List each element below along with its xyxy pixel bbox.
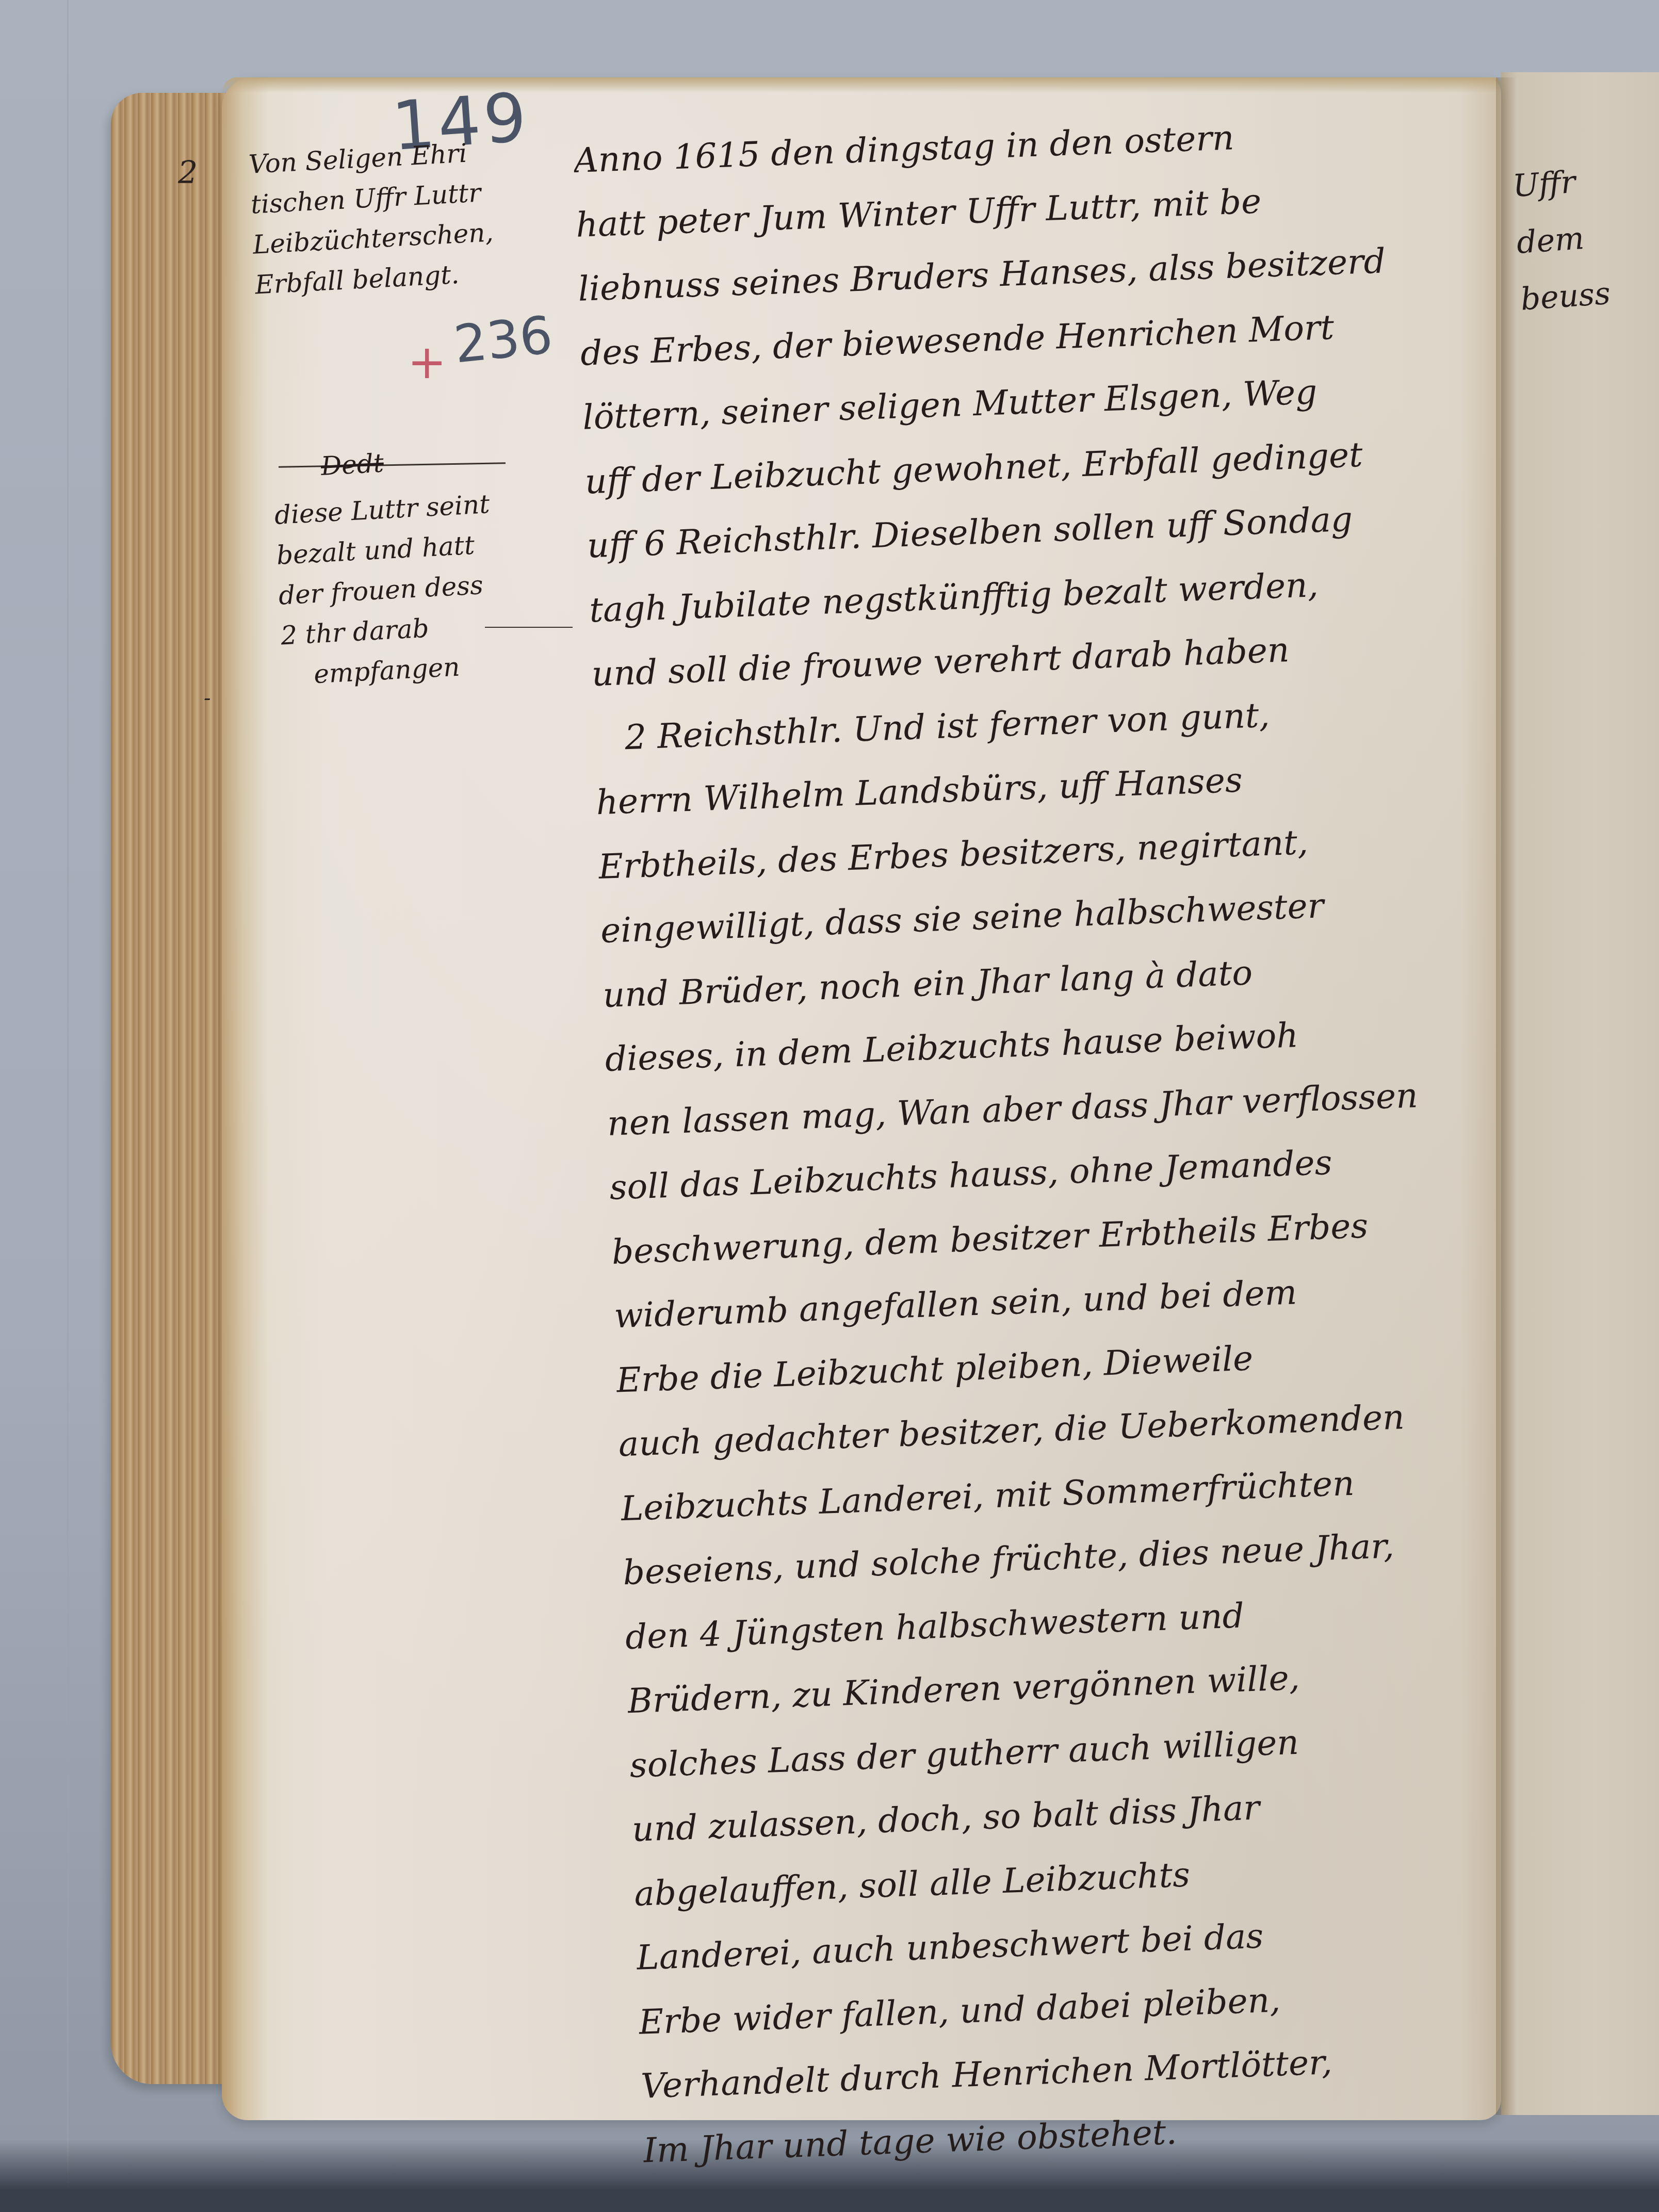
margin-heading: Von Seligen Ehri tischen Uffr Luttr Leib… — [248, 132, 496, 305]
left-edge-mark: 2 — [178, 155, 198, 191]
archive-cross-mark: + — [408, 335, 446, 389]
margin-rule — [485, 627, 573, 628]
archive-number: 236 — [451, 304, 555, 375]
left-edge-mark: - — [204, 686, 211, 710]
book-page-edges — [111, 93, 240, 2084]
background-fold-line — [67, 0, 69, 2212]
facing-text-line: Uffr — [1511, 152, 1604, 215]
main-text-block: Anno 1615 den dingstag in den ostern hat… — [573, 97, 1562, 2183]
facing-page-text: Uffr dem beuss — [1511, 152, 1613, 328]
margin-settlement-note: diese Luttr seint bezalt und hatt der fr… — [273, 484, 499, 696]
facing-text-line: dem — [1515, 208, 1608, 271]
cancelled-word: Dedt — [320, 443, 385, 486]
facing-text-line: beuss — [1519, 265, 1612, 328]
